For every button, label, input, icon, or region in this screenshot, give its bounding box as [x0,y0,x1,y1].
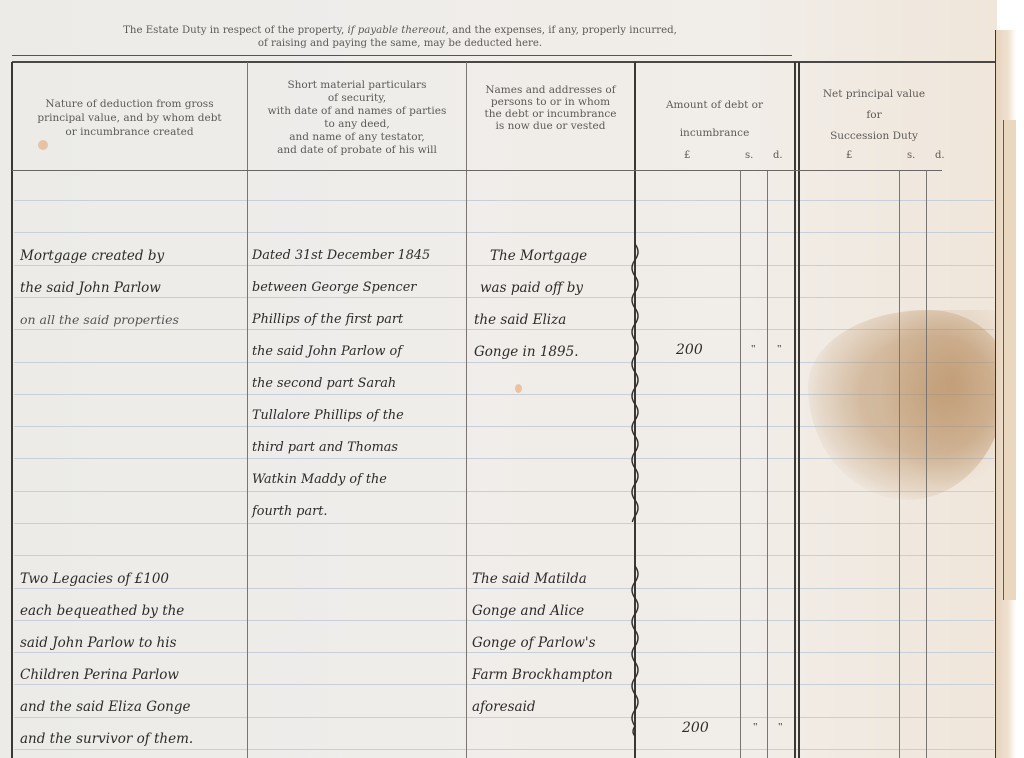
header-text: and name of any testator, [268,131,447,144]
header-text: principal value, and by whom debt [37,111,221,125]
header-bottom-rule [12,170,942,171]
ledger-page: The Estate Duty in respect of the proper… [0,0,997,758]
handwritten-line: The Mortgage [474,240,587,272]
pounds-label: £ [846,150,852,161]
entry-1-nature: Mortgage created by the said John Parlow… [20,240,179,336]
handwritten-line: on all the said properties [20,304,179,336]
header-text: or incumbrance created [37,125,221,139]
handwritten-line: Farm Brockhampton [472,659,613,691]
tea-stain-inner [880,310,997,490]
ruled-line [14,200,994,201]
handwritten-line: aforesaid [472,691,613,723]
entry-1-names: The Mortgage was paid off by the said El… [474,240,587,368]
entry-2-amount-shillings: " [753,721,758,733]
pounds-shillings-divider [740,170,741,758]
header-text: Succession Duty [823,126,925,147]
shillings-pence-divider [926,170,927,758]
handwritten-line: the said Eliza [474,304,587,336]
pence-label: d. [773,150,783,161]
handwritten-line: Tullalore Phillips of the [252,400,430,432]
handwritten-line: each bequeathed by the [20,595,193,627]
handwritten-line: fourth part. [252,496,430,528]
entry-2-amount-pounds: 200 [682,720,709,736]
double-divider-a [794,62,796,758]
header-text: persons to or in whom [484,96,616,108]
handwritten-line: third part and Thomas [252,432,430,464]
header-net-value: Net principal value for Succession Duty [799,66,949,170]
ruled-line [14,491,994,492]
note-text-line2: of raising and paying the same, may be d… [258,38,542,49]
pounds-label: £ [684,150,690,161]
entry-1-amount-pence: " [777,343,782,355]
header-names: Names and addresses of persons to or in … [467,66,634,170]
header-text: for [823,105,925,126]
header-text: Nature of deduction from gross [37,97,221,111]
note-italic: if payable thereout [348,25,446,36]
entry-2-names: The said Matilda Gonge and Alice Gonge o… [472,563,613,723]
handwritten-line: the second part Sarah [252,368,430,400]
ruled-line [14,232,994,233]
bracket-rule [12,55,792,56]
pence-label: d. [935,150,945,161]
handwritten-line: Mortgage created by [20,240,179,272]
note-text: , and the expenses, if any, properly inc… [446,25,677,36]
handwritten-line: Dated 31st December 1845 [252,240,430,272]
ruled-line [14,555,994,556]
shillings-label: s. [745,150,753,161]
handwritten-line: the said John Parlow [20,272,179,304]
handwritten-line: Gonge of Parlow's [472,627,613,659]
shillings-pence-divider [767,170,768,758]
wavy-bracket-icon [631,566,643,738]
header-text: and date of probate of his will [268,144,447,157]
wavy-bracket-icon [631,244,643,522]
note-text: The Estate Duty in respect of the proper… [123,25,347,36]
header-text: with date of and names of parties [268,105,447,118]
rust-spot [515,384,522,393]
header-nature: Nature of deduction from gross principal… [12,66,247,170]
header-text: to any deed, [268,118,447,131]
handwritten-line: The said Matilda [472,563,613,595]
header-particulars: Short material particulars of security, … [248,66,466,170]
page-edge-layer [1003,120,1016,600]
table-top-rule [12,61,997,63]
entry-2-nature: Two Legacies of £100 each bequeathed by … [20,563,193,755]
header-text: is now due or vested [484,120,616,132]
handwritten-line: Children Perina Parlow [20,659,193,691]
entry-2-amount-pence: " [778,721,783,733]
handwritten-line: the said John Parlow of [252,336,430,368]
header-text: incumbrance [666,119,763,147]
entry-1-amount-pounds: 200 [676,342,703,358]
header-amount: Amount of debt or incumbrance [635,66,794,170]
estate-duty-note: The Estate Duty in respect of the proper… [120,25,680,50]
pounds-shillings-divider [899,170,900,758]
handwritten-line: between George Spencer [252,272,430,304]
entry-1-amount-shillings: " [751,343,756,355]
handwritten-line: Gonge and Alice [472,595,613,627]
ruled-line [14,523,994,524]
header-text: Short material particulars [268,79,447,92]
header-text: of security, [268,92,447,105]
header-text: Net principal value [823,84,925,105]
handwritten-line: said John Parlow to his [20,627,193,659]
handwritten-line: was paid off by [474,272,587,304]
header-text: the debt or incumbrance [484,108,616,120]
handwritten-line: Gonge in 1895. [474,336,587,368]
handwritten-line: and the survivor of them. [20,723,193,755]
handwritten-line: Phillips of the first part [252,304,430,336]
header-text: Names and addresses of [484,84,616,96]
header-text: Amount of debt or [666,91,763,119]
shillings-label: s. [907,150,915,161]
handwritten-line: and the said Eliza Gonge [20,691,193,723]
handwritten-line: Two Legacies of £100 [20,563,193,595]
handwritten-line: Watkin Maddy of the [252,464,430,496]
entry-1-particulars: Dated 31st December 1845 between George … [252,240,430,528]
